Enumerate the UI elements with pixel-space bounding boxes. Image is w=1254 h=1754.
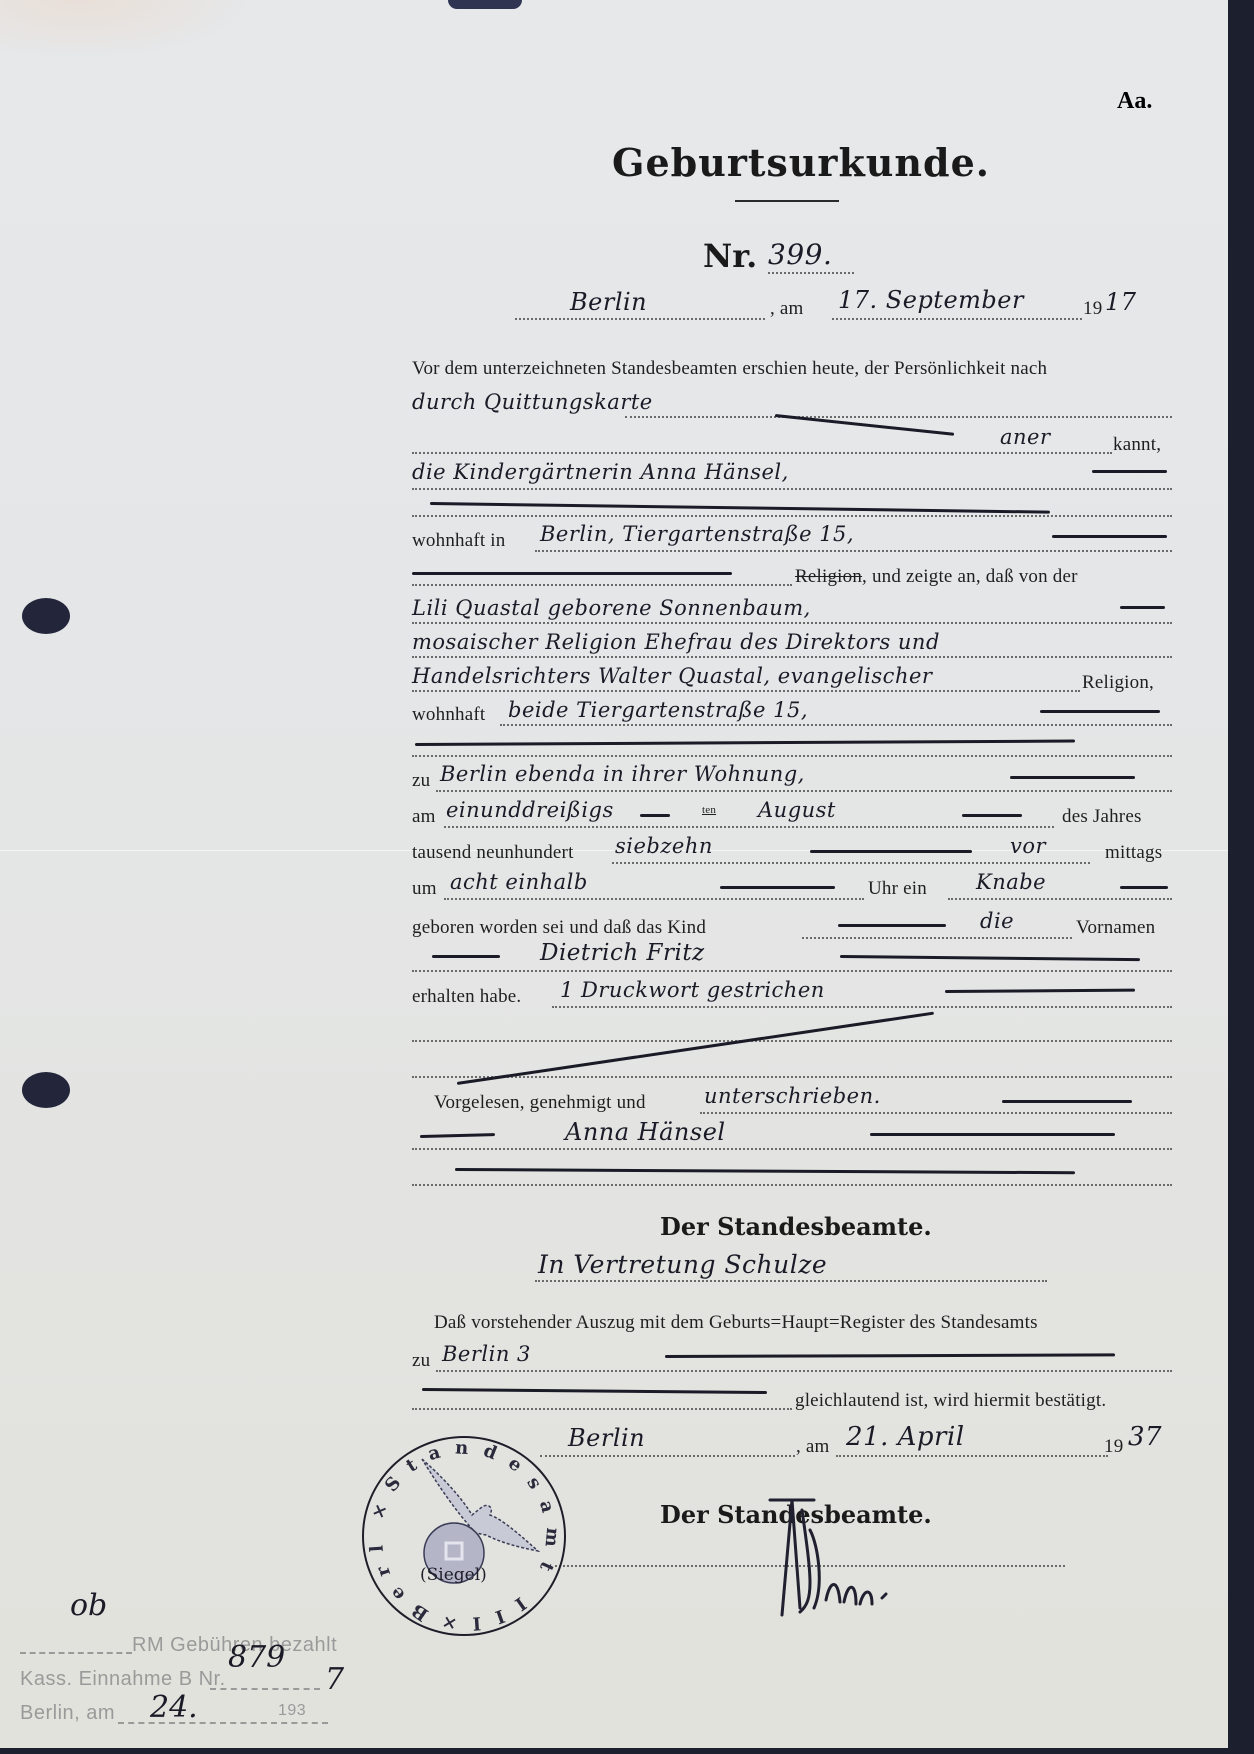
religion-label: Religion, <box>1082 672 1154 694</box>
vornamen-label: Vornamen <box>1076 917 1155 939</box>
dotted-line <box>948 898 1172 900</box>
cert-confirmation: gleichlautend ist, wird hiermit bestätig… <box>795 1390 1106 1412</box>
ink-blot <box>448 0 522 9</box>
year-suffix: 17 <box>1105 288 1137 316</box>
cert-place-hand: Berlin <box>568 1424 645 1452</box>
names-hand: Dietrich Fritz <box>540 940 705 966</box>
fill-stroke <box>1002 1100 1132 1103</box>
uhr-ein-label: Uhr ein <box>868 878 927 900</box>
wohnhaft2-hand: beide Tiergartenstraße 15, <box>508 698 808 722</box>
fill-stroke <box>430 502 1050 514</box>
day-hand: einunddreißigs <box>446 798 614 822</box>
fill-stroke <box>1040 710 1160 713</box>
zu-label: zu <box>412 770 430 792</box>
fill-stroke <box>962 814 1022 817</box>
dotted-line <box>540 1455 795 1457</box>
fee-hand-date: 24. <box>150 1690 198 1725</box>
number-label: Nr. <box>703 237 757 275</box>
time-hand: acht einhalb <box>450 870 588 894</box>
fill-stroke <box>420 1133 495 1138</box>
cert-am-label: , am <box>796 1436 830 1458</box>
erhalten-label: erhalten habe. <box>412 986 521 1008</box>
dotted-line <box>412 1148 1172 1150</box>
title-rule <box>735 200 839 202</box>
cert-date-hand: 21. April <box>846 1422 965 1452</box>
wohnhaft-hand: Berlin, Tiergartenstraße 15, <box>540 522 854 546</box>
informant-signature: Anna Hänsel <box>565 1118 726 1146</box>
fill-stroke <box>640 814 670 817</box>
number-value: 399. <box>768 238 832 271</box>
dotted-line <box>412 515 1172 517</box>
dotted-line <box>412 1076 1172 1078</box>
punch-hole <box>22 1072 70 1108</box>
fill-stroke <box>665 1353 1115 1358</box>
dotted-line <box>836 1455 1108 1457</box>
fill-stroke <box>455 1168 1075 1174</box>
vorgelesen-label: Vorgelesen, genehmigt und <box>434 1092 646 1114</box>
dotted-line <box>700 1112 1172 1114</box>
fill-stroke <box>720 886 835 889</box>
erhalten-hand: 1 Druckwort gestrichen <box>560 978 825 1002</box>
fill-stroke <box>412 572 732 575</box>
page-title: Geburtsurkunde. <box>612 140 990 185</box>
dotted-line <box>436 790 1172 792</box>
form-code: Aa. <box>1117 88 1152 115</box>
fill-stroke <box>1092 470 1167 473</box>
registrar-signature: In Vertretung Schulze <box>538 1250 827 1279</box>
dotted-line <box>412 1408 792 1410</box>
year-prefix: 19 <box>1083 298 1102 320</box>
fill-stroke <box>1120 606 1165 609</box>
dotted-line <box>515 318 765 320</box>
fill-stroke <box>810 850 972 853</box>
dotted-line <box>412 488 1172 490</box>
cert-office-hand: Berlin 3 <box>442 1342 531 1366</box>
date-hand: 17. September <box>838 286 1024 314</box>
fee-stamp-line3: Berlin, am <box>20 1702 115 1725</box>
mittags-label: mittags <box>1105 842 1162 864</box>
tausend-label: tausend neunhundert <box>412 842 574 864</box>
dotted-line <box>412 690 1080 692</box>
cert-year-suffix: 37 <box>1128 1422 1162 1452</box>
dotted-line <box>552 1006 1172 1008</box>
dotted-line <box>625 416 1172 418</box>
fee-dashed-line <box>20 1652 132 1654</box>
dotted-line <box>832 318 1082 320</box>
fill-stroke <box>945 989 1135 993</box>
year-hand: siebzehn <box>615 834 713 858</box>
bekannt-label: kannt, <box>1113 434 1161 456</box>
dotted-line <box>412 656 1172 658</box>
fill-stroke <box>422 1388 767 1394</box>
zeigte-an-text: , und zeigte an, daß von der <box>862 566 1078 587</box>
cert-zu-label: zu <box>412 1350 430 1372</box>
zu-hand: Berlin ebenda in ihrer Wohnung, <box>440 762 805 786</box>
dotted-line <box>768 272 854 274</box>
fee-hand-mark: ob <box>70 1588 107 1623</box>
dotted-line <box>412 755 1172 757</box>
informant-hand: die Kindergärtnerin Anna Hänsel, <box>412 460 789 484</box>
certification-line: Daß vorstehender Auszug mit dem Geburts=… <box>434 1312 1038 1334</box>
mother-hand: Lili Quastal geborene Sonnenbaum, <box>412 596 811 620</box>
dotted-line <box>412 1040 1172 1042</box>
um-label: um <box>412 878 437 900</box>
fill-stroke <box>432 955 500 958</box>
fill-stroke <box>415 740 1075 746</box>
fill-stroke <box>838 924 946 927</box>
wohnhaft-label: wohnhaft in <box>412 530 506 552</box>
fill-stroke <box>1120 886 1168 889</box>
dotted-line <box>444 898 864 900</box>
fill-stroke <box>870 1133 1115 1136</box>
religion-struck: Religion, und zeigte an, daß von der <box>795 566 1078 588</box>
dotted-line <box>444 826 1054 828</box>
der-hand: die <box>980 909 1014 933</box>
seal-center-label: (Siegel) <box>420 1565 487 1585</box>
dotted-line <box>500 724 1172 726</box>
vor-hand: vor <box>1010 834 1046 858</box>
fill-stroke <box>840 955 1140 961</box>
identity-hand: durch Quittungskarte <box>412 390 653 414</box>
dotted-line <box>436 1370 1172 1372</box>
vorgelesen-hand: unterschrieben. <box>704 1084 881 1108</box>
father-hand: Handelsrichters Walter Quastal, evangeli… <box>412 664 932 688</box>
sex-hand: Knabe <box>976 870 1046 894</box>
fee-hand-digit: 7 <box>325 1662 344 1697</box>
fee-stamp-year: 193 <box>278 1702 306 1720</box>
ten-label: ten <box>702 804 716 816</box>
dotted-line <box>535 550 1172 552</box>
fee-hand-number: 879 <box>228 1640 285 1675</box>
dotted-line <box>412 1184 1172 1186</box>
punch-hole <box>22 598 70 634</box>
mother-religion-hand: mosaischer Religion Ehefrau des Direktor… <box>412 630 940 654</box>
dotted-line <box>412 622 1172 624</box>
bekannt-hand: aner <box>1000 425 1051 449</box>
paper-stain <box>0 0 260 60</box>
dotted-line <box>535 1280 1047 1282</box>
fee-dashed-line <box>210 1688 320 1690</box>
am-label: , am <box>770 298 804 320</box>
scan-background-edge <box>0 1748 1254 1754</box>
des-jahres-label: des Jahres <box>1062 806 1142 828</box>
place-hand: Berlin <box>570 288 647 316</box>
religion-struck-text: Religion <box>795 566 862 587</box>
fill-stroke <box>457 1012 934 1085</box>
dotted-line <box>612 862 1090 864</box>
cert-year-prefix: 19 <box>1104 1436 1123 1458</box>
registrar-heading: Der Standesbeamte. <box>660 1212 932 1241</box>
dotted-line <box>412 452 1112 454</box>
fill-stroke <box>1010 776 1135 779</box>
am-label: am <box>412 806 436 828</box>
document-page: Aa. Geburtsurkunde. Nr. 399. Berlin , am… <box>0 0 1228 1748</box>
geboren-label: geboren worden sei und daß das Kind <box>412 917 706 939</box>
scan-background-edge <box>1228 0 1254 1754</box>
dotted-line <box>412 970 1172 972</box>
fill-stroke <box>1052 535 1167 538</box>
dotted-line <box>412 584 792 586</box>
dotted-line <box>802 937 1072 939</box>
registrar2-signature: Weber <box>856 1585 927 1609</box>
fee-stamp-line2: Kass. Einnahme B Nr. <box>20 1668 226 1691</box>
month-hand: August <box>758 798 836 822</box>
intro-line: Vor dem unterzeichneten Standesbeamten e… <box>412 358 1047 380</box>
wohnhaft2-label: wohnhaft <box>412 704 485 726</box>
